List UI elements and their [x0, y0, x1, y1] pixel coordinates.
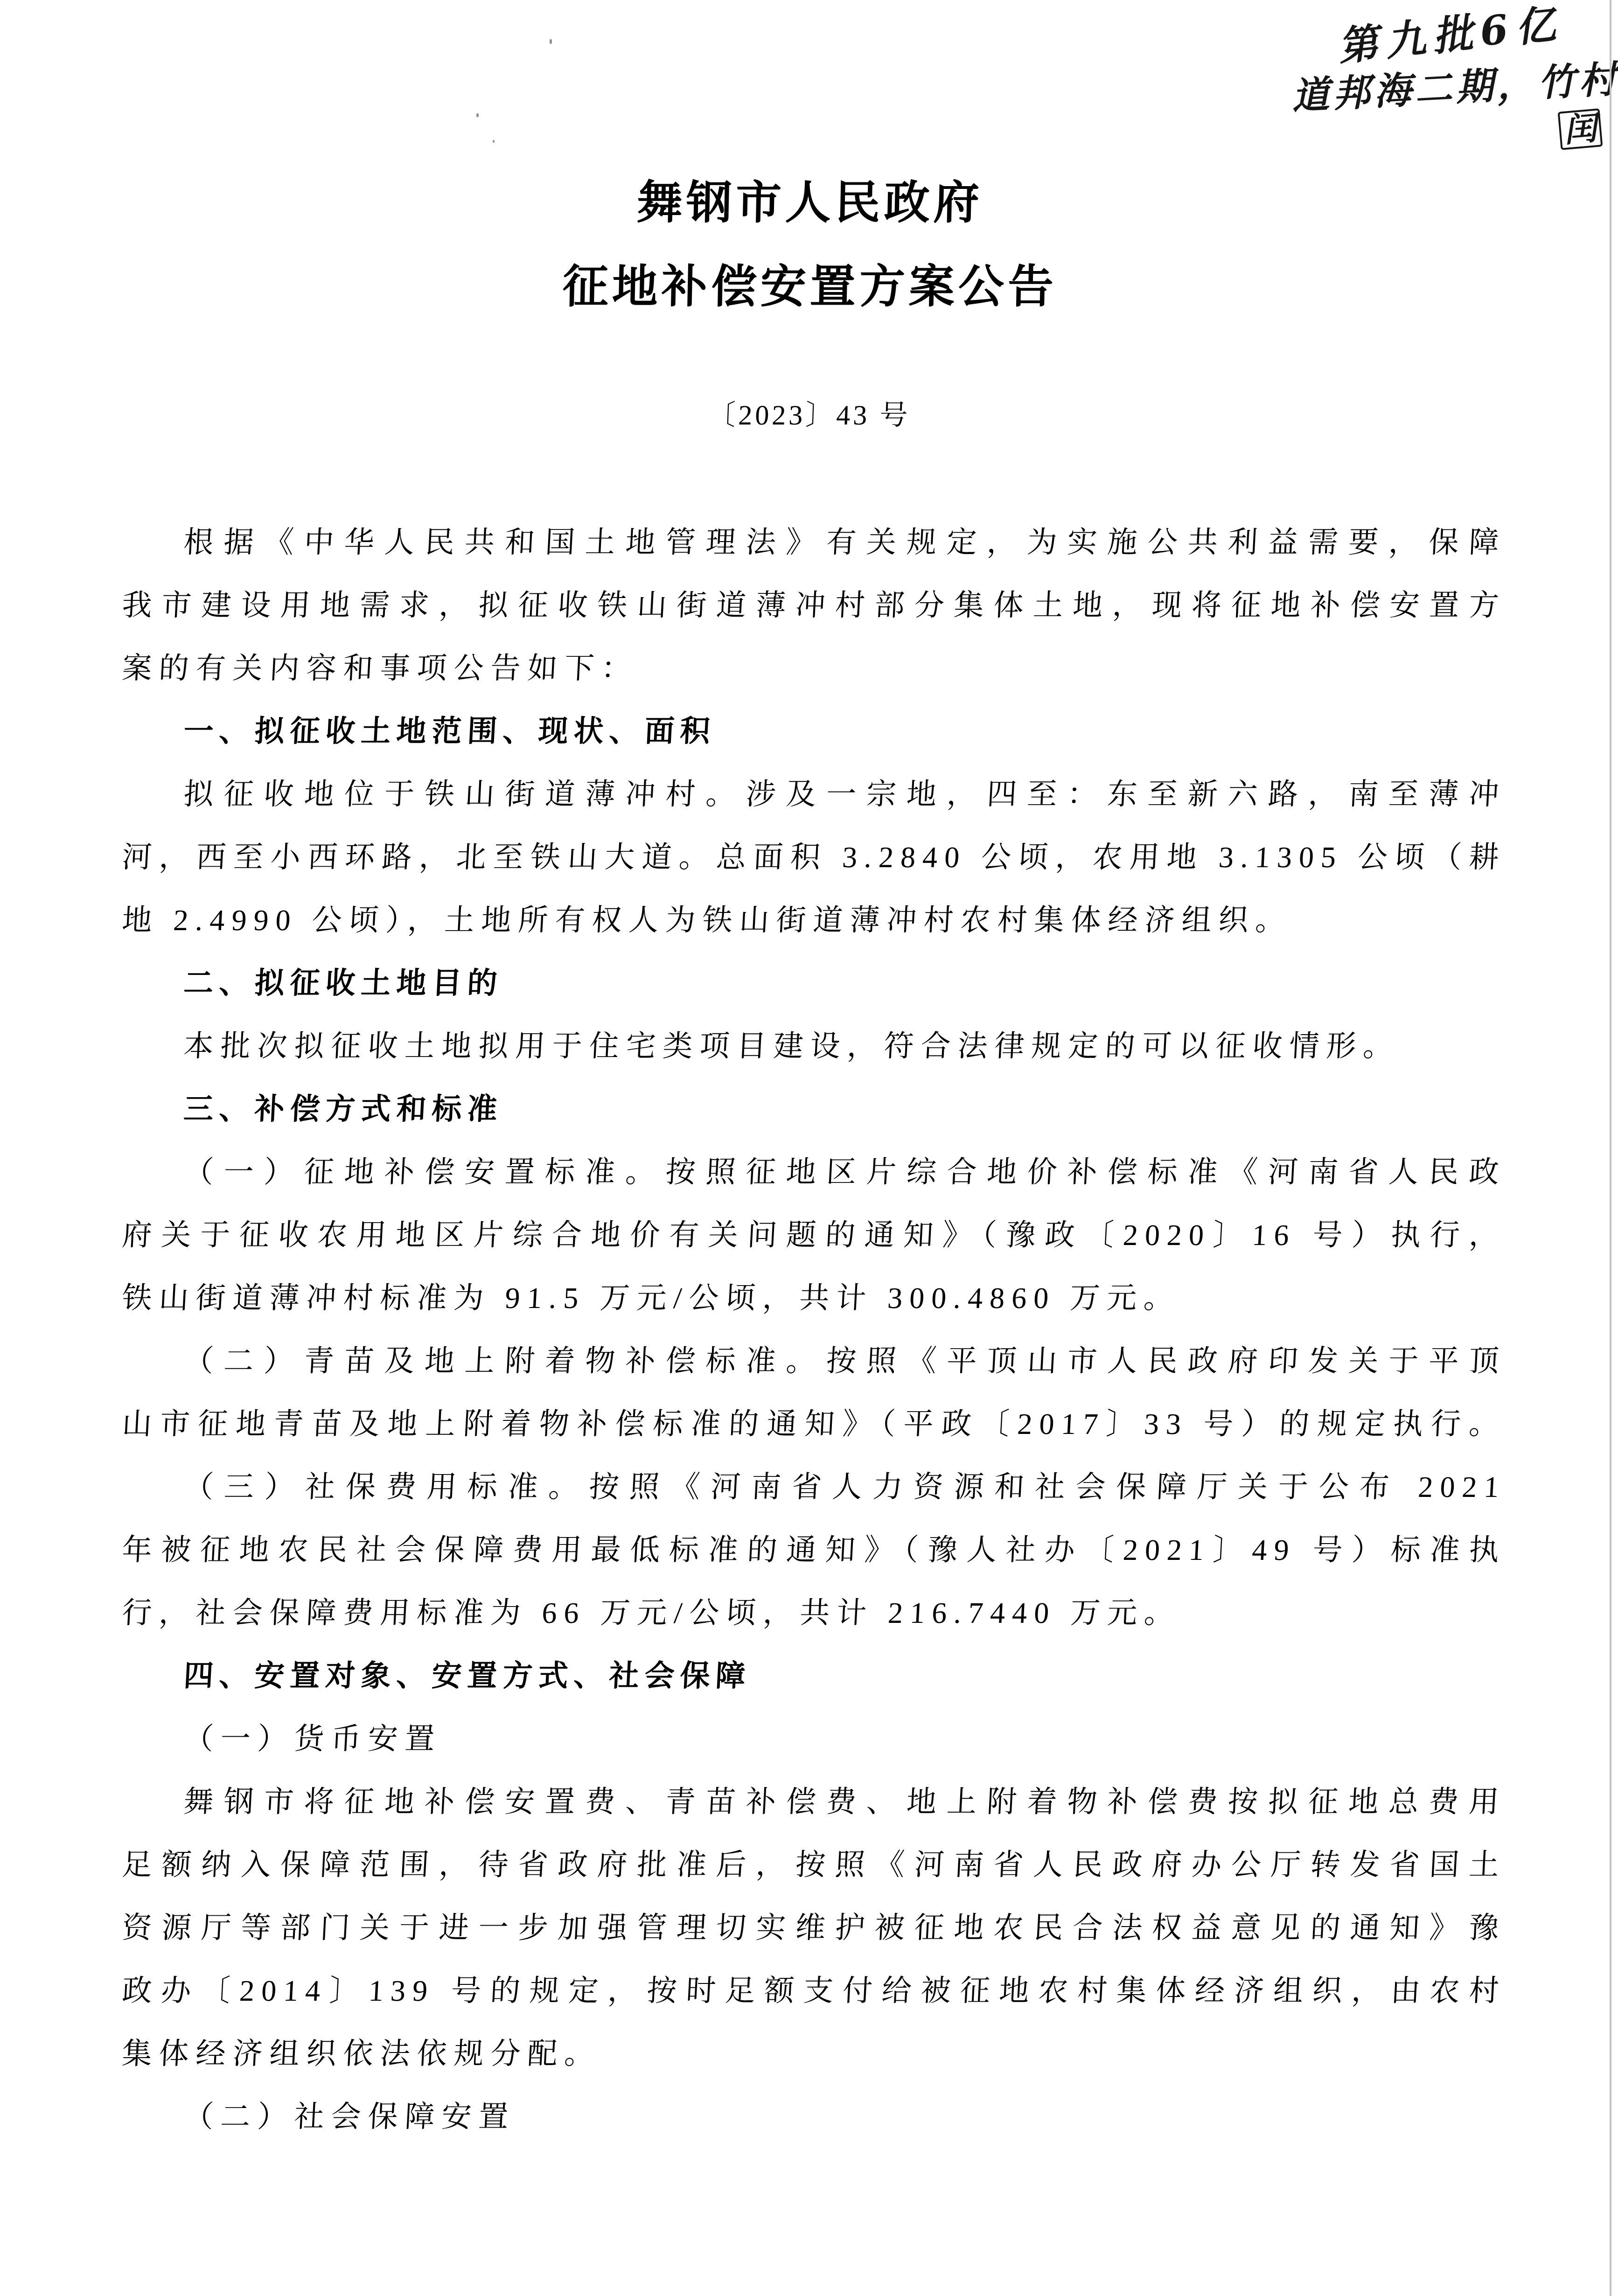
document-line: 府关于征收农用地区片综合地价有关问题的通知》（豫政〔2020〕16 号）执行， [120, 1204, 1507, 1266]
section-heading: 三、补偿方式和标准 [120, 1078, 1507, 1141]
document-line: 案的有关内容和事项公告如下： [120, 637, 1507, 700]
document-line: 本批次拟征收土地拟用于住宅类项目建设，符合法律规定的可以征收情形。 [120, 1015, 1507, 1078]
scan-speck [550, 39, 552, 44]
document-line: 集体经济组织依法依规分配。 [120, 2022, 1507, 2085]
title-line-2: 征地补偿安置方案公告 [0, 245, 1618, 329]
document-line: （二）青苗及地上附着物补偿标准。按照《平顶山市人民政府印发关于平顶 [120, 1329, 1507, 1392]
document-line: 根据《中华人民共和国土地管理法》有关规定，为实施公共利益需要，保障 [120, 511, 1507, 574]
document-line: 舞钢市将征地补偿安置费、青苗补偿费、地上附着物补偿费按拟征地总费用 [120, 1770, 1507, 1833]
document-line: （一）征地补偿安置标准。按照征地区片综合地价补偿标准《河南省人民政 [120, 1141, 1507, 1204]
document-line: 足额纳入保障范围，待省政府批准后，按照《河南省人民政府办公厅转发省国土 [120, 1833, 1507, 1896]
section-heading: 一、拟征收土地范围、现状、面积 [120, 700, 1507, 763]
document-body: 根据《中华人民共和国土地管理法》有关规定，为实施公共利益需要，保障我市建设用地需… [120, 511, 1504, 2148]
document-line: 山市征地青苗及地上附着物补偿标准的通知》（平政〔2017〕33 号）的规定执行。 [120, 1392, 1507, 1455]
section-heading: 四、安置对象、安置方式、社会保障 [120, 1644, 1507, 1707]
title-line-1: 舞钢市人民政府 [0, 161, 1618, 245]
handwritten-note-line-3: 闰 [1558, 108, 1603, 150]
document-page: 第九批6亿 道邦海二期，竹村14 闰 舞钢市人民政府 征地补偿安置方案公告 〔2… [0, 0, 1618, 2296]
document-line: 铁山街道薄冲村标准为 91.5 万元/公顷，共计 300.4860 万元。 [120, 1266, 1507, 1329]
document-line: （三）社保费用标准。按照《河南省人力资源和社会保障厅关于公布 2021 [120, 1455, 1507, 1518]
document-line: 地 2.4990 公顷），土地所有权人为铁山街道薄冲村农村集体经济组织。 [120, 889, 1507, 952]
document-line: （二）社会保障安置 [120, 2085, 1507, 2148]
document-number: 〔2023〕43 号 [0, 393, 1618, 433]
scan-edge-line [1610, 0, 1611, 2296]
document-line: 资源厅等部门关于进一步加强管理切实维护被征地农民合法权益意见的通知》豫 [120, 1896, 1507, 1959]
document-line: 拟征收地位于铁山街道薄冲村。涉及一宗地，四至：东至新六路，南至薄冲 [120, 763, 1507, 826]
document-line: 政办〔2014〕139 号的规定，按时足额支付给被征地农村集体经济组织，由农村 [120, 1959, 1507, 2022]
section-heading: 二、拟征收土地目的 [120, 952, 1507, 1015]
document-line: 我市建设用地需求，拟征收铁山街道薄冲村部分集体土地，现将征地补偿安置方 [120, 574, 1507, 637]
scan-speck [493, 140, 495, 143]
scan-speck [476, 113, 479, 117]
document-line: 河，西至小西环路，北至铁山大道。总面积 3.2840 公顷，农用地 3.1305… [120, 826, 1507, 889]
document-line: 行，社会保障费用标准为 66 万元/公顷，共计 216.7440 万元。 [120, 1581, 1507, 1644]
document-line: （一）货币安置 [120, 1707, 1507, 1770]
document-title: 舞钢市人民政府 征地补偿安置方案公告 [0, 161, 1618, 329]
document-line: 年被征地农民社会保障费用最低标准的通知》（豫人社办〔2021〕49 号）标准执 [120, 1518, 1507, 1581]
